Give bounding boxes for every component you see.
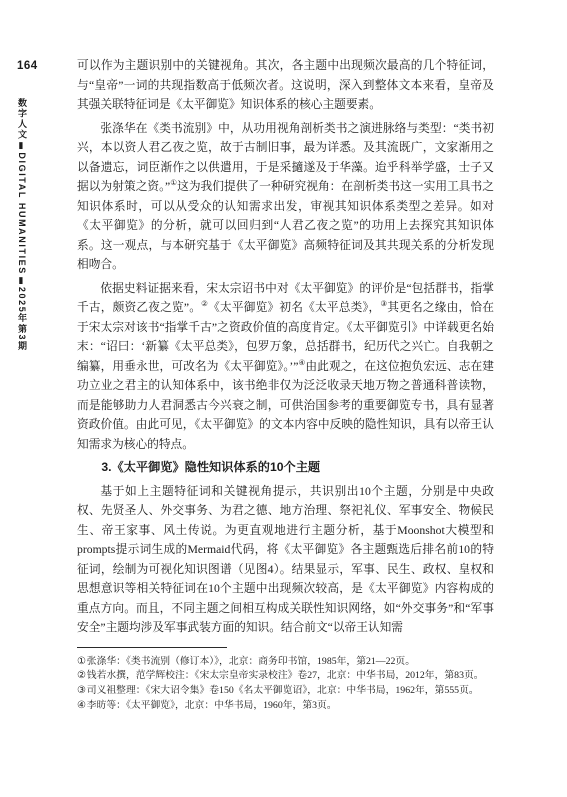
footnote-item: ②钱若水撰，范学辉校注：《宋太宗皇帝实录校注》卷27，北京：中华书局，2012年…	[77, 669, 494, 684]
journal-title-cn: 数字人文	[17, 98, 27, 140]
footnotes: ①张涤华：《类书流别（修订本）》，北京：商务印书馆，1985年，第21—22页。…	[77, 655, 494, 714]
article-content: 可以作为主题识别中的关键视角。其次，各主题中出现频次最高的几个特征词，与“皇帝”…	[77, 56, 494, 713]
footnote-reference-marker: ④	[298, 358, 305, 367]
footnote-reference-marker: ②	[201, 299, 208, 308]
body-paragraph: 基于如上主题特征词和关键视角提示，共识别出10个主题，分别是中央政权、先贤圣人、…	[77, 482, 494, 638]
footnote-divider	[77, 647, 227, 648]
footnote-item-marker: ②	[77, 670, 86, 681]
footnote-reference-marker: ①	[170, 178, 177, 187]
footnote-item-marker: ③	[77, 685, 86, 696]
journal-sidebar: 数字人文▮DIGITAL HUMANITIES▮2025年第3期	[16, 98, 29, 352]
body-paragraph: 依据史料证据来看，宋太宗诏书中对《太平御览》的评价是“包括群书，指掌千古，颇资乙…	[77, 279, 494, 455]
footnote-item-marker: ④	[77, 700, 86, 711]
journal-issue: 2025年第3期	[17, 287, 27, 352]
body-paragraph: 张涤华在《类书流别》中，从功用视角剖析类书之演进脉络与类型：“类书初兴，本以资人…	[77, 119, 494, 275]
journal-page: 164 数字人文▮DIGITAL HUMANITIES▮2025年第3期 可以作…	[0, 0, 567, 797]
journal-title-en: DIGITAL HUMANITIES	[17, 152, 27, 274]
footnote-item-marker: ①	[77, 656, 86, 667]
page-number: 164	[17, 60, 38, 72]
footnote-item: ④李昉等：《太平御览》，北京：中华书局，1960年，第3页。	[77, 699, 494, 714]
footnote-item: ①张涤华：《类书流别（修订本）》，北京：商务印书馆，1985年，第21—22页。	[77, 655, 494, 670]
body-text: 可以作为主题识别中的关键视角。其次，各主题中出现频次最高的几个特征词，与“皇帝”…	[77, 56, 494, 638]
body-paragraph: 可以作为主题识别中的关键视角。其次，各主题中出现频次最高的几个特征词，与“皇帝”…	[77, 56, 494, 115]
section-heading: 3.《太平御览》隐性知识体系的10个主题	[77, 458, 494, 478]
sidebar-separator-bar: ▮	[17, 275, 27, 287]
sidebar-separator-bar: ▮	[17, 140, 27, 152]
footnote-reference-marker: ③	[380, 299, 387, 308]
footnote-item: ③司义祖整理：《宋大诏令集》卷150《名太平御览诏》，北京：中华书局，1962年…	[77, 684, 494, 699]
